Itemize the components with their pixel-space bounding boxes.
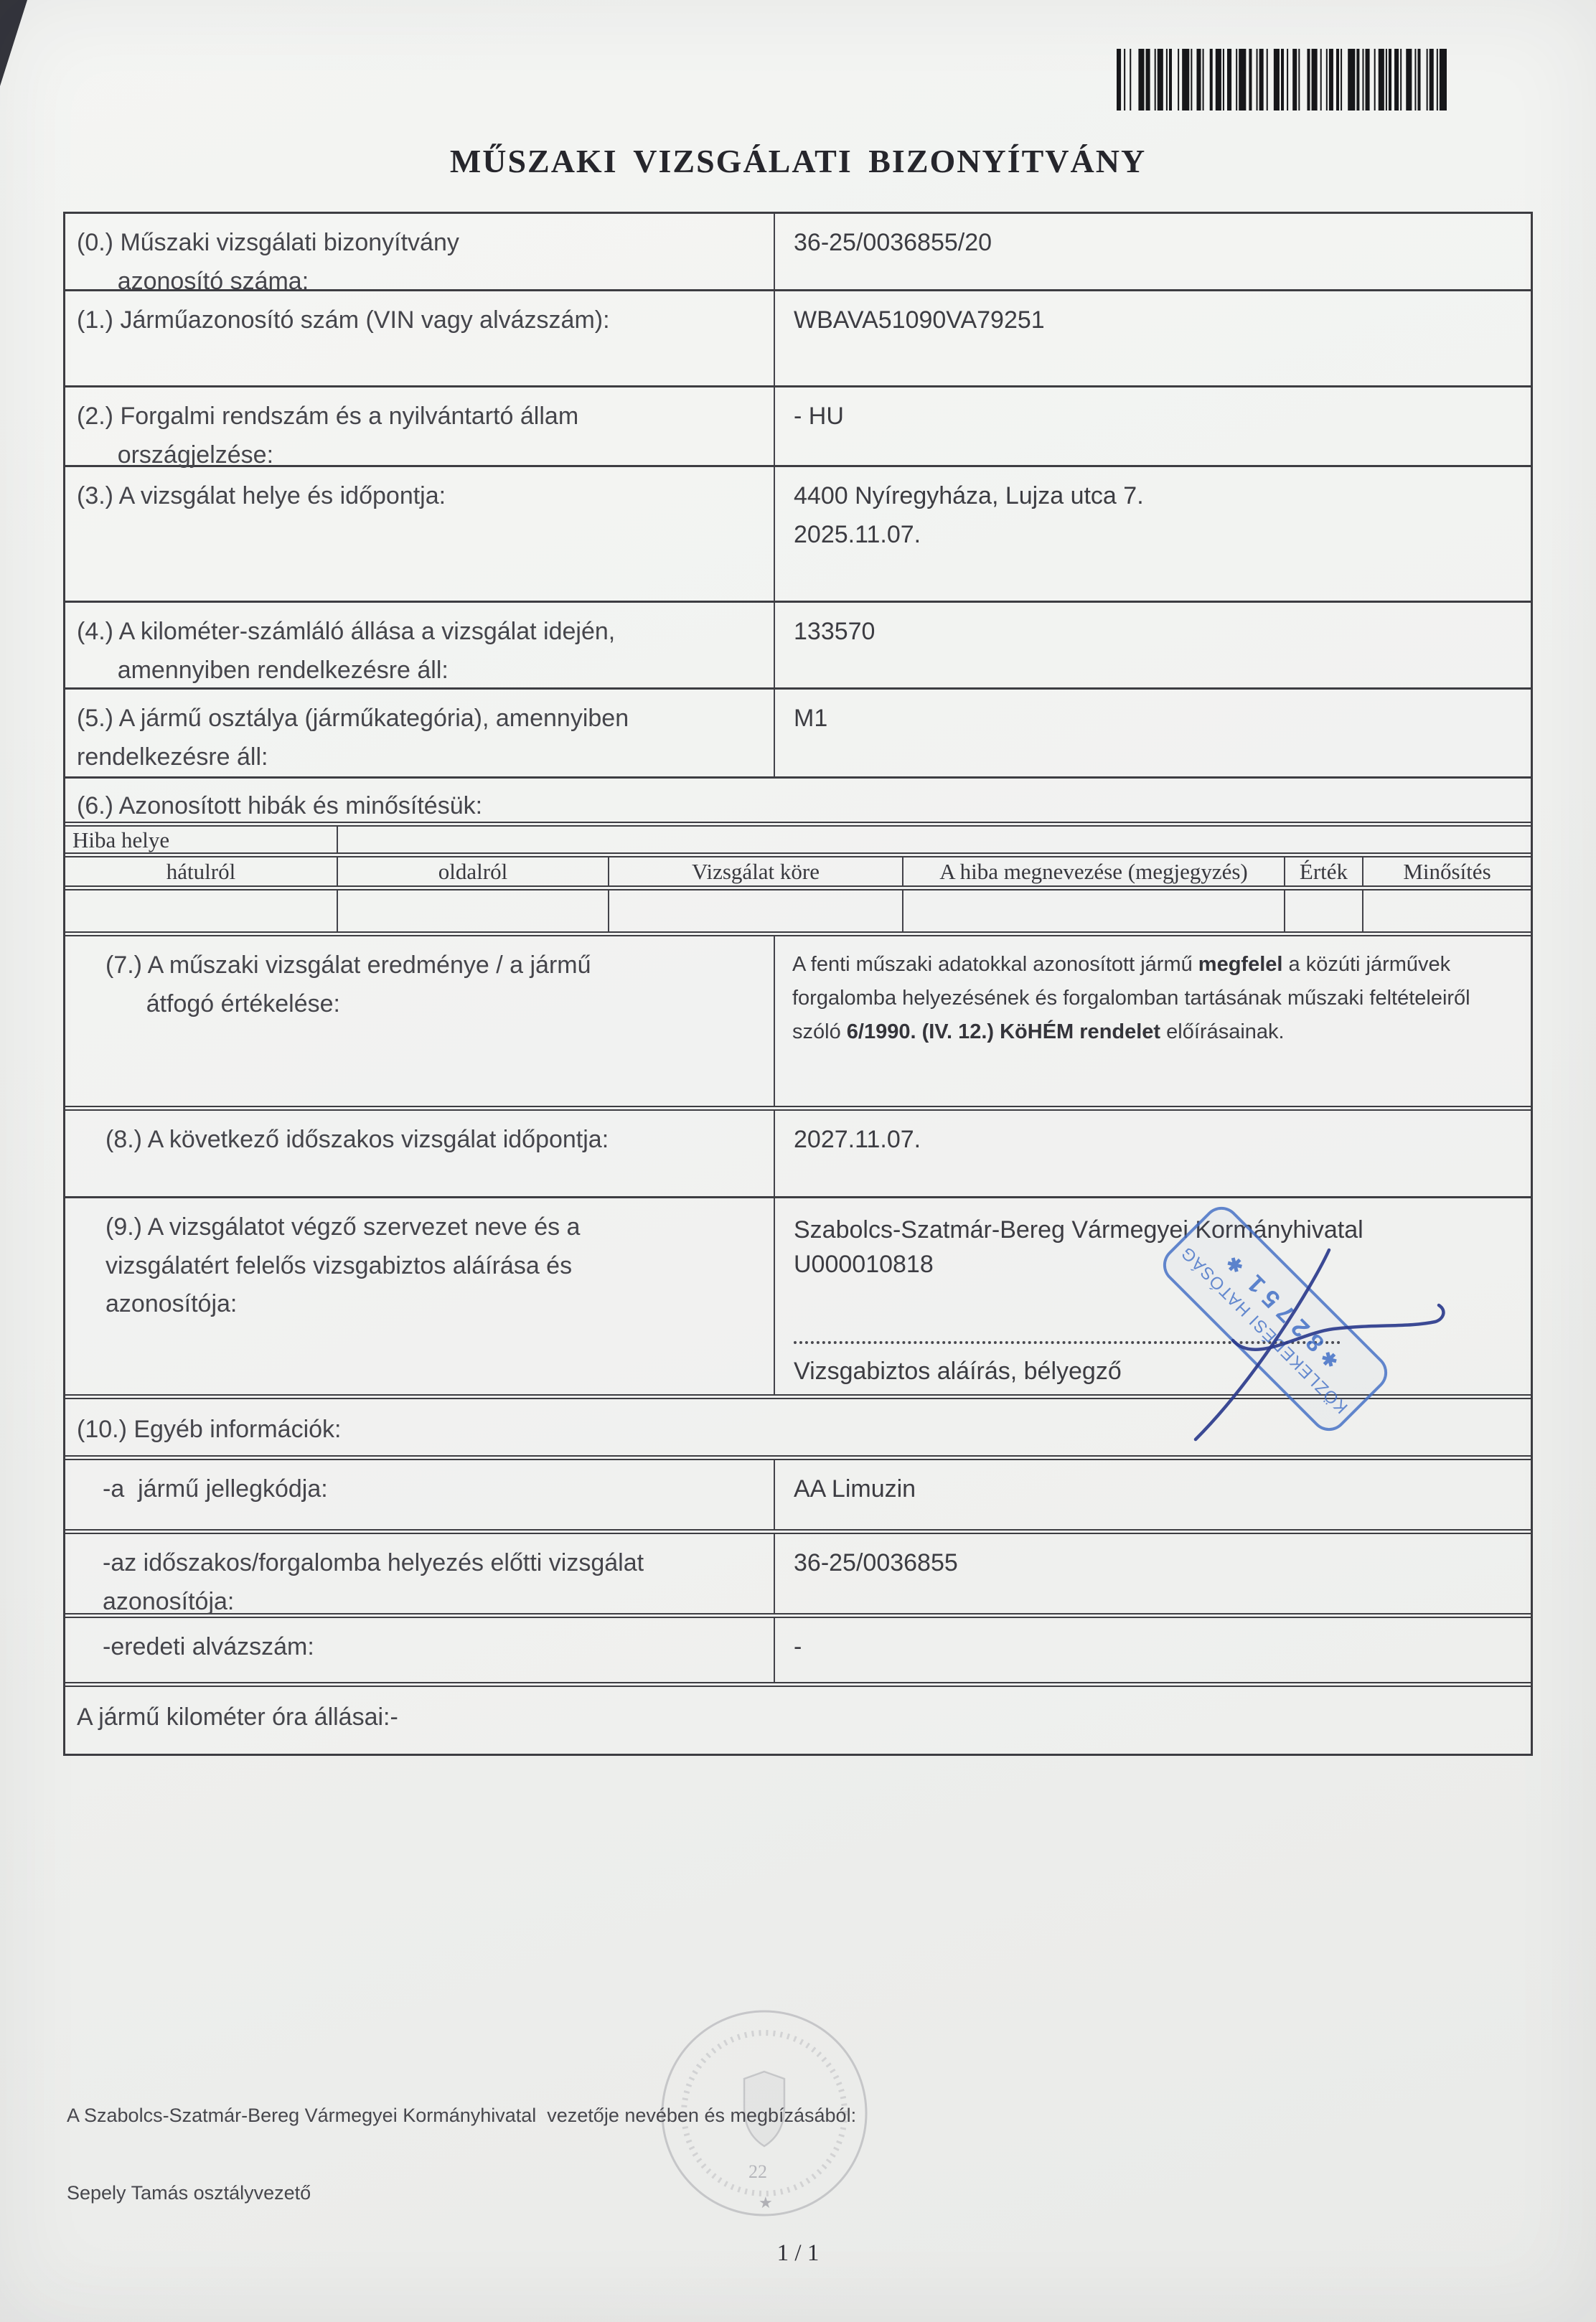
row-value: 4400 Nyíregyháza, Lujza utca 7. 2025.11.… <box>775 467 1531 601</box>
table-row-6-header: (6.) Azonosított hibák és minősítésük: <box>65 779 1531 822</box>
defects-empty-row <box>65 890 1531 936</box>
row-value: 133570 <box>775 603 1531 687</box>
certificate-table: (0.) Műszaki vizsgálati bizonyítvány azo… <box>63 212 1533 1756</box>
row-label: (3.) A vizsgálat helye és időpontja: <box>65 467 775 601</box>
scanned-document-page: MŰSZAKI VIZSGÁLATI BIZONYÍTVÁNY (0.) Műs… <box>0 0 1596 2322</box>
defects-header-row-2: hátulról oldalról Vizsgálat köre A hiba … <box>65 857 1531 890</box>
row-value: - HU <box>775 387 1531 465</box>
scan-corner-shadow <box>0 0 27 86</box>
row-label: (2.) Forgalmi rendszám és a nyilvántartó… <box>65 387 775 465</box>
defects-place-header: Hiba helye <box>65 827 338 852</box>
result-part1: A fenti műszaki adatokkal azonosított já… <box>792 953 1198 976</box>
defects-col-ertek: Érték <box>1285 857 1363 885</box>
row-label: -eredeti alvázszám: <box>65 1618 775 1682</box>
table-row-2: (2.) Forgalmi rendszám és a nyilvántartó… <box>65 387 1531 467</box>
row-value: - <box>775 1618 1531 1682</box>
defects-header-row-1: Hiba helye <box>65 822 1531 857</box>
odometer-readings-label: A jármű kilométer óra állásai:- <box>65 1687 1531 1754</box>
defects-col-megnevezes: A hiba megnevezése (megjegyzés) <box>903 857 1285 885</box>
table-row-10b: -az időszakos/forgalomba helyezés előtti… <box>65 1534 1531 1618</box>
result-verdict: megfelel <box>1198 953 1283 976</box>
document-title: MŰSZAKI VIZSGÁLATI BIZONYÍTVÁNY <box>0 142 1596 180</box>
table-row-0: (0.) Műszaki vizsgálati bizonyítvány azo… <box>65 214 1531 291</box>
barcode-image <box>1117 49 1447 111</box>
row-label: (0.) Műszaki vizsgálati bizonyítvány azo… <box>65 214 775 289</box>
row-label: (1.) Járműazonosító szám (VIN vagy alváz… <box>65 291 775 385</box>
row-value: M1 <box>775 690 1531 776</box>
row-label: -a jármű jellegkódja: <box>65 1460 775 1529</box>
table-row-5: (5.) A jármű osztálya (járműkategória), … <box>65 690 1531 779</box>
row-value: 36-25/0036855/20 <box>775 214 1531 289</box>
defects-section-title: (6.) Azonosított hibák és minősítésük: <box>65 779 1531 822</box>
row-label: (9.) A vizsgálatot végző szervezet neve … <box>65 1198 775 1394</box>
defects-col-vizsgalat-kore: Vizsgálat köre <box>609 857 903 885</box>
row-label: -az időszakos/forgalomba helyezés előtti… <box>65 1534 775 1613</box>
defects-col-oldalrol: oldalról <box>338 857 609 885</box>
row-label: (8.) A következő időszakos vizsgálat idő… <box>65 1111 775 1196</box>
inspection-result-text: A fenti műszaki adatokkal azonosított já… <box>775 936 1531 1106</box>
footer-authorization-block: A Szabolcs-Szatmár-Bereg Vármegyei Kormá… <box>67 2051 856 2257</box>
footer-signer: Sepely Tamás osztályvezető <box>67 2180 856 2206</box>
table-row-10a: -a jármű jellegkódja: AA Limuzin <box>65 1460 1531 1534</box>
row-value: AA Limuzin <box>775 1460 1531 1529</box>
table-row-1: (1.) Járműazonosító szám (VIN vagy alváz… <box>65 291 1531 387</box>
defects-col-hatulrol: hátulról <box>65 857 338 885</box>
barcode <box>1117 49 1447 111</box>
defects-col-minosites: Minősítés <box>1363 857 1531 885</box>
row-value: WBAVA51090VA79251 <box>775 291 1531 385</box>
footer-authorization: A Szabolcs-Szatmár-Bereg Vármegyei Kormá… <box>67 2102 856 2128</box>
defects-header-empty <box>338 827 1531 852</box>
result-part3: előírásainak. <box>1160 1020 1285 1043</box>
result-regulation: 6/1990. (IV. 12.) KöHÉM rendelet <box>847 1020 1160 1043</box>
row-value: 36-25/0036855 <box>775 1534 1531 1613</box>
table-row-3: (3.) A vizsgálat helye és időpontja: 440… <box>65 467 1531 603</box>
row-label: (4.) A kilométer-számláló állása a vizsg… <box>65 603 775 687</box>
row-label: (5.) A jármű osztálya (járműkategória), … <box>65 690 775 776</box>
table-row-11: A jármű kilométer óra állásai:- <box>65 1687 1531 1754</box>
table-row-10c: -eredeti alvázszám: - <box>65 1618 1531 1687</box>
inspector-signature <box>1148 1184 1457 1457</box>
row-label: (7.) A műszaki vizsgálat eredménye / a j… <box>65 936 775 1106</box>
table-row-7: (7.) A műszaki vizsgálat eredménye / a j… <box>65 936 1531 1111</box>
table-row-4: (4.) A kilométer-számláló állása a vizsg… <box>65 603 1531 690</box>
